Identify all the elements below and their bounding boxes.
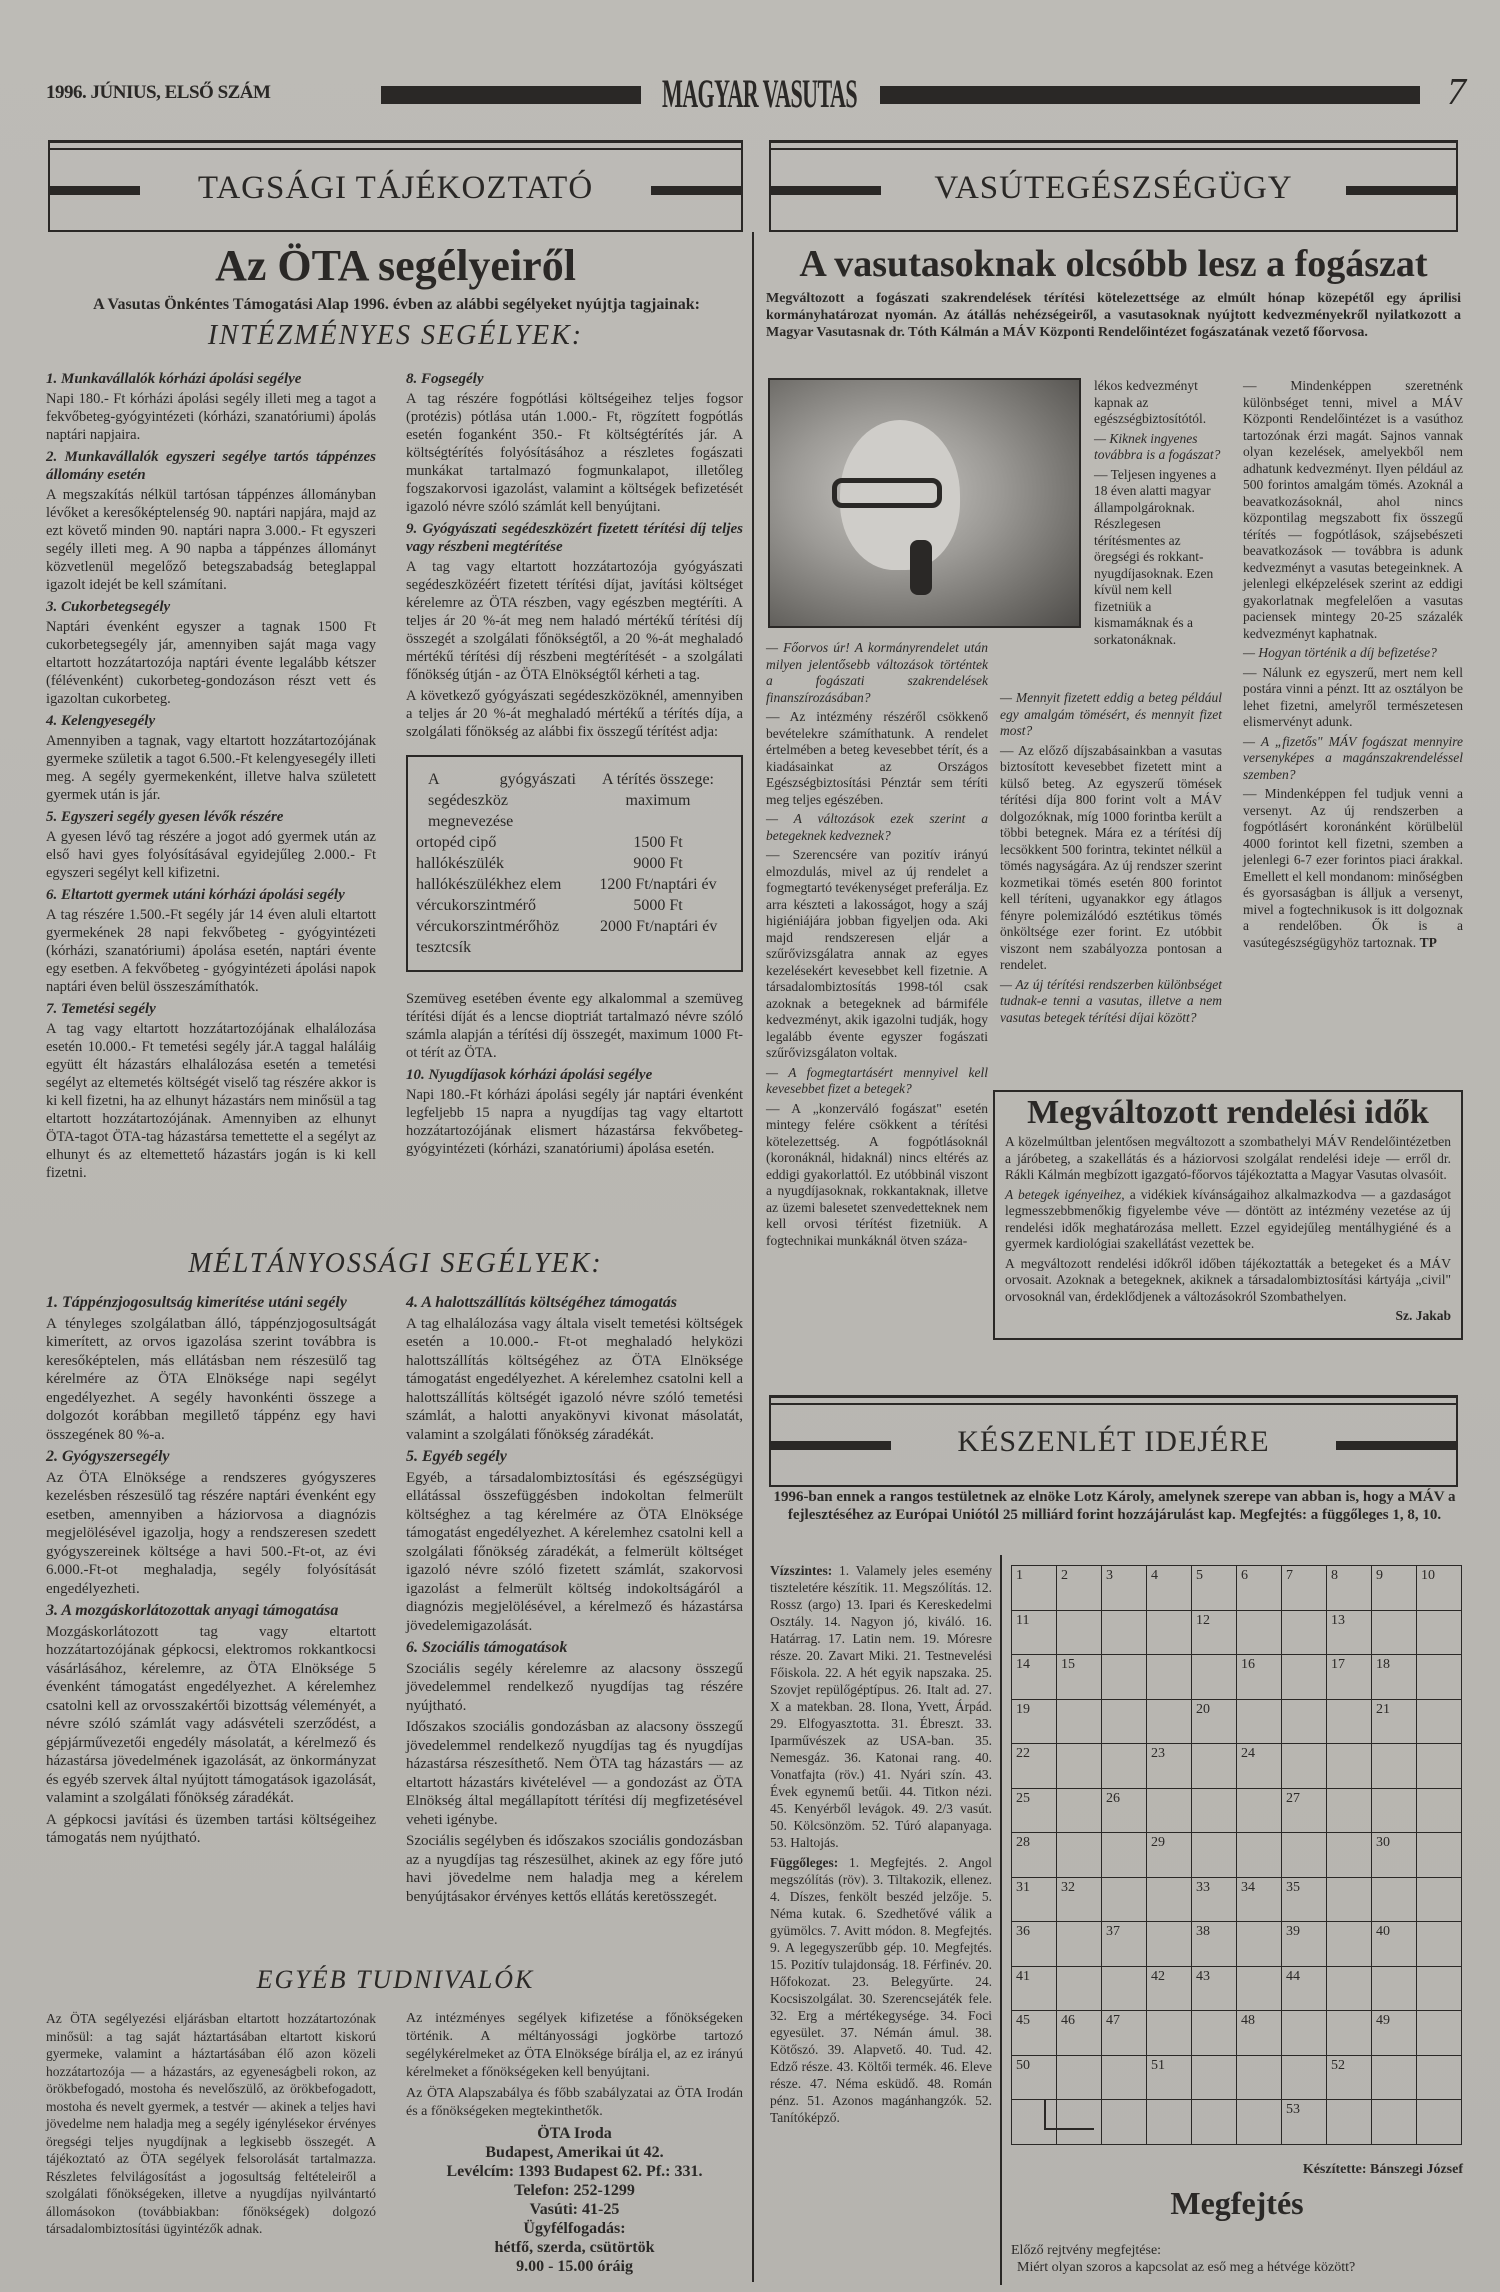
solution-heading: Megfejtés (1011, 2185, 1463, 2222)
crossword-cell[interactable] (1237, 1610, 1282, 1655)
crossword-cell[interactable]: 28 (1012, 1833, 1057, 1878)
category-heading: MÉLTÁNYOSSÁGI SEGÉLYEK: (48, 1248, 743, 1280)
article-column: — Mennyit fizetett eddig a beteg például… (1000, 690, 1222, 1029)
section-header-membership: TAGSÁGI TÁJÉKOZTATÓ (48, 140, 743, 232)
crossword-cell[interactable] (1327, 1788, 1372, 1833)
crossword-row: 282930 (1012, 1833, 1462, 1878)
article-column: lékos kedvezményt kapnak az egészségbizt… (1094, 378, 1222, 651)
crossword-cell[interactable] (1102, 1655, 1147, 1700)
portrait-photo (768, 378, 1081, 628)
item-body: Napi 180.-Ft kórházi ápolási segély jár … (406, 1086, 743, 1158)
category-heading: EGYÉB TUDNIVALÓK (48, 1965, 743, 1995)
crossword-cell[interactable] (1237, 1833, 1282, 1878)
crossword-cell[interactable]: 2 (1057, 1566, 1102, 1611)
crossword-cell[interactable] (1282, 2011, 1327, 2056)
item-title: 5. Egyéb segély (406, 1448, 743, 1467)
crossword-cell[interactable] (1417, 1699, 1462, 1744)
crossword-cell[interactable] (1282, 1744, 1327, 1789)
table-header: A gyógyászati segédeszköz megnevezése A … (416, 769, 733, 832)
table-row: hallókészülék9000 Ft (416, 853, 733, 874)
crossword-cell[interactable] (1192, 1788, 1237, 1833)
crossword-cell[interactable]: 39 (1282, 1922, 1327, 1967)
crossword-cell[interactable]: 31 (1012, 1877, 1057, 1922)
crossword-cell[interactable] (1327, 1833, 1372, 1878)
crossword-grid: 1234567891011121314151617181920212223242… (1011, 1565, 1462, 2145)
crossword-cell[interactable]: 53 (1282, 2100, 1327, 2145)
column-divider (1000, 1555, 1002, 2285)
crossword-cell[interactable] (1372, 2100, 1417, 2145)
puzzle-author: Készítette: Bánszegi József (1011, 2162, 1463, 2178)
masthead: 1996. JÚNIUS, ELSŐ SZÁM MAGYAR VASUTAS 7 (46, 72, 1466, 122)
crossword-cell[interactable]: 9 (1372, 1566, 1417, 1611)
article-column: — Mindenképpen szeretnénk különbséget te… (1243, 378, 1463, 954)
crossword-cell[interactable]: 48 (1237, 2011, 1282, 2056)
crossword-cell[interactable] (1237, 1788, 1282, 1833)
crossword-cell[interactable]: 20 (1192, 1699, 1237, 1744)
crossword-cell[interactable] (1282, 1833, 1327, 1878)
author-initials: TP (1420, 935, 1437, 950)
crossword-cell[interactable]: 37 (1102, 1922, 1147, 1967)
item-title: 5. Egyszeri segély gyesen lévők részére (46, 808, 376, 826)
crossword-cell[interactable]: 32 (1057, 1877, 1102, 1922)
item-title: 4. A halottszállítás költségéhez támogat… (406, 1294, 743, 1313)
crossword-cell[interactable] (1147, 1922, 1192, 1967)
glasses-note: Szemüveg esetében évente egy alkalommal … (406, 990, 743, 1062)
crossword-cell[interactable]: 36 (1012, 1922, 1057, 1967)
crossword-cell[interactable]: 8 (1327, 1566, 1372, 1611)
column-divider (752, 232, 754, 2282)
category-heading: INTÉZMÉNYES SEGÉLYEK: (48, 320, 743, 352)
article-intro: A Vasutas Önkéntes Támogatási Alap 1996.… (44, 296, 749, 314)
crossword-cell[interactable] (1057, 1610, 1102, 1655)
item-body: A következő gyógyászati segédeszközöknél… (406, 687, 743, 741)
crossword-cell[interactable]: 38 (1192, 1922, 1237, 1967)
crossword-row: 3637383940 (1012, 1922, 1462, 1967)
crossword-cell[interactable] (1102, 1966, 1147, 2011)
article-column: Az intézményes segélyek kifizetése a főn… (406, 2010, 743, 2276)
crossword-cell[interactable] (1417, 1655, 1462, 1700)
clues-across: 1. Valamely jeles esemény tiszteletére k… (770, 1563, 992, 1850)
crossword-cell[interactable] (1372, 1788, 1417, 1833)
table-row: ortopéd cipő1500 Ft (416, 832, 733, 853)
pipe-shape (910, 540, 932, 595)
crossword-row: 111213 (1012, 1610, 1462, 1655)
crossword-cell[interactable] (1282, 1610, 1327, 1655)
crossword-cell[interactable] (1372, 1744, 1417, 1789)
item-title: 2. Munkavállalók egyszeri segélye tartós… (46, 448, 376, 484)
crossword-row: 12345678910 (1012, 1566, 1462, 1611)
article-column: 1. Munkavállalók kórházi ápolási segélye… (46, 366, 376, 1185)
other-info-text: Az ÖTA Alapszabálya és főbb szabályzatai… (406, 2085, 743, 2121)
crossword-row: 252627 (1012, 1788, 1462, 1833)
crossword-cell[interactable]: 33 (1192, 1877, 1237, 1922)
item-title: 4. Kelengyesegély (46, 712, 376, 730)
crossword-cell[interactable] (1327, 2100, 1372, 2145)
article-body: A közelmúltban jelentősen megváltozott a… (995, 1132, 1461, 1330)
crossword-cell[interactable] (1327, 2011, 1372, 2056)
crossword-row: 1415161718 (1012, 1655, 1462, 1700)
aid-amount-table: A gyógyászati segédeszköz megnevezése A … (406, 755, 743, 972)
crossword-cell[interactable] (1192, 2100, 1237, 2145)
newspaper-title: MAGYAR VASUTAS (662, 70, 857, 117)
item-body: Időszakos szociális gondozásban az alacs… (406, 1718, 743, 1829)
item-title: 3. Cukorbetegsegély (46, 598, 376, 616)
item-title: 3. A mozgáskorlátozottak anyagi támogatá… (46, 1602, 376, 1621)
section-title: TAGSÁGI TÁJÉKOZTATÓ (50, 170, 741, 207)
crossword-cell[interactable] (1417, 1788, 1462, 1833)
crossword-cell[interactable]: 18 (1372, 1655, 1417, 1700)
crossword-cell[interactable] (1057, 1966, 1102, 2011)
crossword-cell[interactable] (1372, 2055, 1417, 2100)
office-contact: ÖTA Iroda Budapest, Amerikai út 42. Levé… (406, 2124, 743, 2276)
crossword-cell[interactable]: 12 (1192, 1610, 1237, 1655)
crossword-cell[interactable] (1102, 2055, 1147, 2100)
item-body: Szociális segélyben és időszakos szociál… (406, 1832, 743, 1906)
item-body: A megszakítás nélkül tartósan táppénzes … (46, 486, 376, 594)
table-row: vércukorszintmérőhöz tesztcsík2000 Ft/na… (416, 916, 733, 958)
previous-solution: Előző rejtvény megfejtése: Miért olyan s… (1011, 2242, 1463, 2276)
crossword-row: 41424344 (1012, 1966, 1462, 2011)
item-title: 1. Táppénzjogosultság kimerítése utáni s… (46, 1294, 376, 1313)
header-rule (1336, 1441, 1456, 1450)
crossword-cell[interactable] (1237, 2100, 1282, 2145)
article-column: Az ÖTA segélyezési eljárásban eltartott … (46, 2010, 376, 2241)
crossword-cell[interactable]: 46 (1057, 2011, 1102, 2056)
header-rule (651, 186, 741, 195)
crossword-cell[interactable]: 43 (1192, 1966, 1237, 2011)
section-header-railway-health: VASÚTEGÉSZSÉGÜGY (769, 140, 1458, 232)
crossword-cell[interactable]: 50 (1012, 2055, 1057, 2100)
crossword-cell[interactable] (1417, 1877, 1462, 1922)
crossword-row: 192021 (1012, 1699, 1462, 1744)
crossword-cell[interactable]: 26 (1102, 1788, 1147, 1833)
crossword-cell[interactable] (1057, 1744, 1102, 1789)
item-body: Az ÖTA Elnöksége a rendszeres gyógyszere… (46, 1469, 376, 1599)
crossword-cell[interactable] (1327, 1877, 1372, 1922)
crossword-cell[interactable] (1147, 2011, 1192, 2056)
item-title: 1. Munkavállalók kórházi ápolási segélye (46, 370, 376, 388)
item-title: 10. Nyugdíjasok kórházi ápolási segélye (406, 1066, 743, 1084)
crossword-row: 505152 (1012, 2055, 1462, 2100)
table-row: hallókészülékhez elem1200 Ft/naptári év (416, 874, 733, 895)
crossword-cell[interactable]: 11 (1012, 1610, 1057, 1655)
crossword-row: 3132333435 (1012, 1877, 1462, 1922)
crossword-cell[interactable] (1192, 1655, 1237, 1700)
item-body: Naptári évenként egyszer a tagnak 1500 F… (46, 618, 376, 708)
crossword-cell[interactable] (1417, 2055, 1462, 2100)
crossword-cell[interactable]: 52 (1327, 2055, 1372, 2100)
crossword-cell[interactable] (1372, 1610, 1417, 1655)
article-headline: Megváltozott rendelési idők (995, 1094, 1461, 1132)
crossword-cell[interactable]: 35 (1282, 1877, 1327, 1922)
page-number: 7 (1447, 70, 1466, 114)
crossword-cell[interactable]: 27 (1282, 1788, 1327, 1833)
crossword-cell[interactable] (1147, 1788, 1192, 1833)
item-body: Mozgáskorlátozott tag vagy eltartott hoz… (46, 1623, 376, 1808)
crossword-cell[interactable]: 13 (1327, 1610, 1372, 1655)
crossword-cell[interactable] (1372, 1966, 1417, 2011)
article-headline: A vasutasoknak olcsóbb lesz a fogászat (769, 242, 1458, 286)
item-title: 6. Szociális támogatások (406, 1639, 743, 1658)
crossword-cell[interactable] (1057, 1699, 1102, 1744)
crossword-cell[interactable]: 17 (1327, 1655, 1372, 1700)
crossword-cell[interactable] (1192, 2055, 1237, 2100)
item-body: A tag részére 1.500.-Ft segély jár 14 év… (46, 906, 376, 996)
crossword-cell[interactable] (1057, 2055, 1102, 2100)
crossword-cell[interactable] (1102, 1877, 1147, 1922)
crossword-cell[interactable] (1417, 1833, 1462, 1878)
crossword-cell[interactable] (1192, 1833, 1237, 1878)
crossword-cell[interactable] (1417, 2100, 1462, 2145)
crossword-cell[interactable] (1102, 1699, 1147, 1744)
header-rule (1346, 186, 1456, 195)
crossword-cell[interactable]: 40 (1372, 1922, 1417, 1967)
crossword-cell[interactable] (1282, 1655, 1327, 1700)
crossword-cell[interactable] (1237, 1922, 1282, 1967)
item-title: 2. Gyógyszersegély (46, 1448, 376, 1467)
article-headline: Az ÖTA segélyeiről (48, 240, 743, 291)
crossword-cell[interactable] (1102, 1610, 1147, 1655)
crossword-cell[interactable] (1192, 1744, 1237, 1789)
item-title: 9. Gyógyászati segédeszközért fizetett t… (406, 520, 743, 556)
article-lead: Megváltozott a fogászati szakrendelések … (766, 290, 1461, 341)
crossword-cell[interactable] (1102, 1833, 1147, 1878)
item-body: A gyesen lévő tag részére a jogot adó gy… (46, 828, 376, 882)
crossword-cell[interactable]: 29 (1147, 1833, 1192, 1878)
crossword-cell[interactable] (1192, 2011, 1237, 2056)
article-column: — Főorvos úr! A kormányrendelet után mil… (766, 640, 988, 1252)
clues-down-label: Függőleges: (770, 1855, 838, 1870)
crossword-row: 4546474849 (1012, 2011, 1462, 2056)
crossword-cell[interactable] (1237, 1699, 1282, 1744)
crossword-cell[interactable]: 49 (1372, 2011, 1417, 2056)
crossword-cell[interactable]: 51 (1147, 2055, 1192, 2100)
crossword-cell[interactable]: 44 (1282, 1966, 1327, 2011)
crossword-cell[interactable] (1237, 2055, 1282, 2100)
crossword-cell[interactable] (1282, 2055, 1327, 2100)
puzzle-clues: Vízszintes: 1. Valamely jeles esemény ti… (770, 1562, 992, 2129)
crossword-cell[interactable] (1147, 2100, 1192, 2145)
masthead-rule (381, 86, 641, 104)
crossword-cell[interactable] (1417, 1922, 1462, 1967)
crossword-cell[interactable]: 3 (1102, 1566, 1147, 1611)
crossword-cell[interactable]: 24 (1237, 1744, 1282, 1789)
crossword-cell[interactable] (1282, 1699, 1327, 1744)
crossword-cell[interactable] (1417, 1744, 1462, 1789)
crossword-cell[interactable]: 14 (1012, 1655, 1057, 1700)
item-body: Egyéb, a társadalombiztosítási és egészs… (406, 1469, 743, 1636)
crossword-cell[interactable]: 16 (1237, 1655, 1282, 1700)
item-body: A tag vagy eltartott hozzátartozója gyóg… (406, 558, 743, 684)
article-column: 4. A halottszállítás költségéhez támogat… (406, 1290, 743, 1909)
crossword-cell[interactable] (1237, 1966, 1282, 2011)
crossword-cell[interactable]: 47 (1102, 2011, 1147, 2056)
crossword-cell[interactable] (1057, 1788, 1102, 1833)
item-body: A tényleges szolgálatban álló, táppénzjo… (46, 1315, 376, 1445)
item-body: Szociális segély kérelemre az alacsony ö… (406, 1660, 743, 1716)
table-row: vércukorszintmérő5000 Ft (416, 895, 733, 916)
clues-across-label: Vízszintes: (770, 1563, 832, 1578)
other-info-text: Az intézményes segélyek kifizetése a főn… (406, 2010, 743, 2082)
crossword-row: 222324 (1012, 1744, 1462, 1789)
crossword-cell[interactable]: 25 (1012, 1788, 1057, 1833)
crossword-cell[interactable] (1417, 1610, 1462, 1655)
crossword-cell[interactable] (1057, 1833, 1102, 1878)
crossword-cell[interactable] (1327, 1699, 1372, 1744)
crossword-cell[interactable] (1057, 1922, 1102, 1967)
item-body: A gépkocsi javítási és üzemben tartási k… (46, 1811, 376, 1848)
item-title: 7. Temetési segély (46, 1000, 376, 1018)
crossword-cell[interactable] (1147, 1877, 1192, 1922)
crossword-cell[interactable]: 23 (1147, 1744, 1192, 1789)
crossword-cell[interactable] (1147, 1699, 1192, 1744)
section-header-puzzle: KÉSZENLÉT IDEJÉRE (769, 1395, 1458, 1487)
item-body: Napi 180.- Ft kórházi ápolási segély ill… (46, 390, 376, 444)
crossword-cell[interactable]: 30 (1372, 1833, 1417, 1878)
author-signature: Sz. Jakab (1005, 1308, 1451, 1325)
newspaper-page: 1996. JÚNIUS, ELSŐ SZÁM MAGYAR VASUTAS 7… (0, 0, 1500, 2292)
masthead-rule (880, 86, 1420, 104)
item-body: A tag vagy eltartott hozzátartozójának e… (46, 1020, 376, 1182)
glasses-shape (832, 478, 942, 508)
crossword-cell[interactable] (1417, 1966, 1462, 2011)
crossword-cell[interactable] (1147, 1610, 1192, 1655)
crossword-cell[interactable]: 19 (1012, 1699, 1057, 1744)
crossword-cell[interactable] (1327, 1966, 1372, 2011)
puzzle-intro: 1996-ban ennek a rangos testületnek az e… (772, 1488, 1457, 1524)
issue-date: 1996. JÚNIUS, ELSŐ SZÁM (46, 82, 270, 104)
item-body: Amennyiben a tagnak, vagy eltartott hozz… (46, 732, 376, 804)
crossword-cell[interactable] (1102, 2100, 1147, 2145)
article-column: 1. Táppénzjogosultság kimerítése utáni s… (46, 1290, 376, 1851)
crossword-cell[interactable] (1327, 1744, 1372, 1789)
crossword-cell[interactable]: 4 (1147, 1566, 1192, 1611)
item-body: A tag részére fogpótlási költségeihez te… (406, 390, 743, 516)
crossword-cell[interactable]: 22 (1012, 1744, 1057, 1789)
crossword-cell[interactable]: 7 (1282, 1566, 1327, 1611)
crossword-cell[interactable]: 6 (1237, 1566, 1282, 1611)
crossword-cell[interactable]: 5 (1192, 1566, 1237, 1611)
crossword-cell[interactable]: 41 (1012, 1966, 1057, 2011)
item-title: 8. Fogsegély (406, 370, 743, 388)
crossword-cell[interactable] (1147, 1655, 1192, 1700)
crossword-cell[interactable]: 34 (1237, 1877, 1282, 1922)
crossword-cell[interactable]: 1 (1012, 1566, 1057, 1611)
crossword-cell[interactable]: 21 (1372, 1699, 1417, 1744)
item-body: A tag elhalálozása vagy általa viselt te… (406, 1315, 743, 1445)
other-info-text: Az ÖTA segélyezési eljárásban eltartott … (46, 2010, 376, 2238)
crossword-cell[interactable] (1327, 1922, 1372, 1967)
crossword-cell[interactable]: 45 (1012, 2011, 1057, 2056)
arrow-icon (1044, 2100, 1094, 2130)
crossword-cell[interactable]: 10 (1417, 1566, 1462, 1611)
clues-down: 1. Megfejtés. 2. Angol megszólítás (röv)… (770, 1855, 992, 2125)
crossword-cell[interactable]: 42 (1147, 1966, 1192, 2011)
crossword-cell[interactable] (1102, 1744, 1147, 1789)
crossword-cell[interactable] (1372, 1877, 1417, 1922)
crossword-cell[interactable]: 15 (1057, 1655, 1102, 1700)
item-title: 6. Eltartott gyermek utáni kórházi ápolá… (46, 886, 376, 904)
hours-article-box: Megváltozott rendelési idők A közelmúltb… (993, 1090, 1463, 1340)
crossword-cell[interactable] (1417, 2011, 1462, 2056)
article-column: 8. Fogsegély A tag részére fogpótlási kö… (406, 366, 743, 1161)
